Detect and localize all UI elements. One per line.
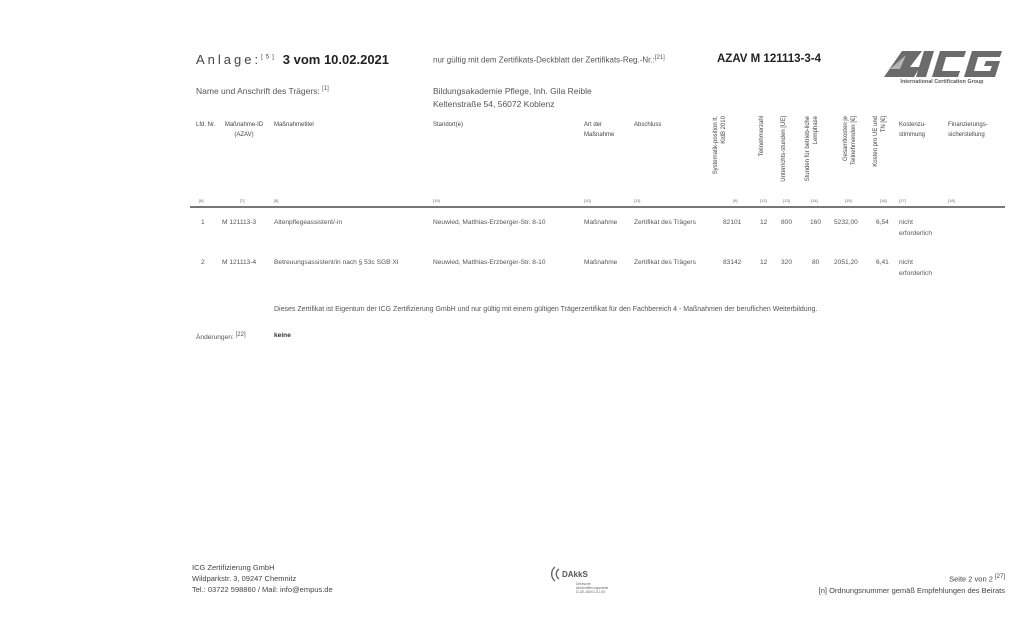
col-header-abschluss: Abschluss bbox=[634, 120, 661, 130]
col-header-finanzierung: Finanzierungs-sicherstellung bbox=[948, 120, 1006, 140]
validity-text: nur gültig mit dem Zertifikats-Deckblatt… bbox=[433, 55, 665, 65]
header-rule bbox=[190, 206, 1005, 208]
icg-logo: International Certification Group bbox=[880, 47, 1004, 89]
anlage-heading: Anlage:[5]3 vom 10.02.2021 bbox=[196, 52, 389, 67]
col-header-titel: Maßnahmetitel bbox=[274, 120, 314, 130]
col-header-standort: Standort(e) bbox=[433, 120, 463, 130]
page-number: Seite 2 von 2 [27] bbox=[819, 572, 1005, 585]
changes-value: keine bbox=[274, 332, 291, 339]
col-header-kldb: Systematik-position lt. KldB 2010 bbox=[712, 116, 728, 186]
ownership-note: Dieses Zertifikat ist Eigentum der ICG Z… bbox=[274, 306, 817, 313]
col-header-betrieb: Stunden für betrieb-liche Lernphase bbox=[804, 116, 820, 186]
col-header-nr: Lfd. Nr. bbox=[196, 120, 216, 130]
traeger-address: Bildungsakademie Pflege, Inh. Gila Reibl… bbox=[433, 85, 592, 111]
dakks-logo: DAkkS Deutsche Akkreditierungsstelle D-Z… bbox=[548, 566, 608, 594]
col-header-zustimmung: Kostenzu-stimmung bbox=[899, 120, 939, 140]
col-header-kosten: Gesamtkosten je Teilnehmenden [€] bbox=[842, 116, 858, 186]
registration-number: AZAV M 121113-3-4 bbox=[717, 53, 821, 65]
footer-company-info: ICG Zertifizierung GmbH Wildparkstr. 3, … bbox=[192, 562, 333, 595]
traeger-label: Name und Anschrift des Trägers: [1] bbox=[196, 86, 329, 96]
footer-page-info: Seite 2 von 2 [27] [n] Ordnungsnummer ge… bbox=[819, 572, 1005, 596]
footnote-legend: [n] Ordnungsnummer gemäß Empfehlungen de… bbox=[819, 585, 1005, 596]
changes-label: Änderungen: [22] bbox=[196, 332, 246, 341]
col-header-kosten-ue: Kosten pro UE und TN [€] bbox=[872, 116, 888, 168]
dakks-arc-icon bbox=[548, 566, 562, 582]
anlage-number: 3 vom 10.02.2021 bbox=[283, 52, 389, 67]
col-header-tn: Teilnehmerzahl bbox=[758, 116, 766, 186]
col-header-art: Art der Maßnahme bbox=[584, 120, 624, 140]
col-header-id: Maßnahme-ID (AZAV) bbox=[218, 120, 270, 140]
col-header-ue: Unterrichts-stunden [UE] bbox=[780, 116, 788, 186]
icg-logo-icon bbox=[880, 47, 1004, 79]
